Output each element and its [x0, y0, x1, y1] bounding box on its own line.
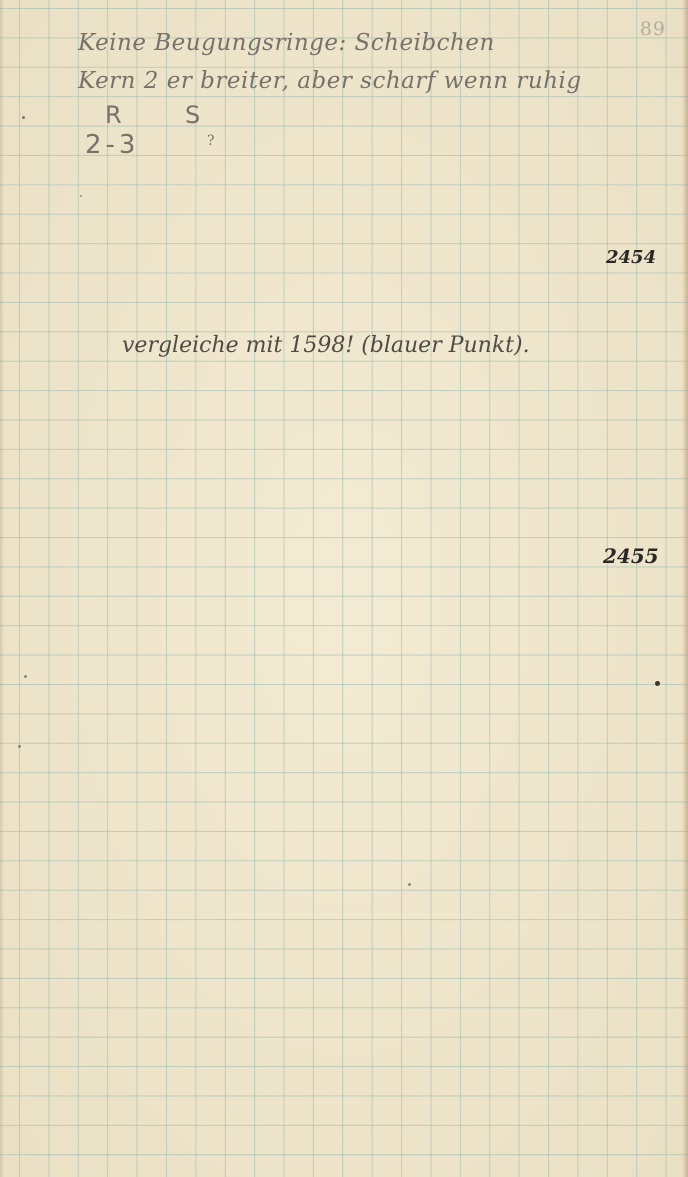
ink-speck [24, 675, 27, 678]
ink-speck [655, 681, 660, 686]
rating-label-r: R [105, 101, 122, 129]
comparison-note: vergleiche mit 1598! (blauer Punkt). [122, 333, 530, 358]
header-note-line-1: Keine Beugungsringe: Scheibchen [78, 30, 495, 56]
page-right-edge [682, 0, 688, 1177]
rating-value-s: ? [207, 133, 215, 149]
header-note-line-2: Kern 2 er breiter, aber scharf wenn ruhi… [78, 68, 582, 94]
entry-number-2455: 2455 [603, 544, 659, 568]
ink-speck [18, 745, 21, 748]
ink-speck [408, 883, 411, 886]
rating-value-r: 2-3 [85, 130, 139, 160]
ink-speck [22, 116, 25, 119]
page-left-edge [0, 0, 4, 1177]
ink-speck [80, 195, 82, 197]
notebook-page: 89 Keine Beugungsringe: Scheibchen Kern … [0, 0, 688, 1177]
page-number: 89 [640, 18, 666, 40]
entry-number-2454: 2454 [606, 247, 656, 268]
rating-label-s: S [185, 101, 200, 129]
